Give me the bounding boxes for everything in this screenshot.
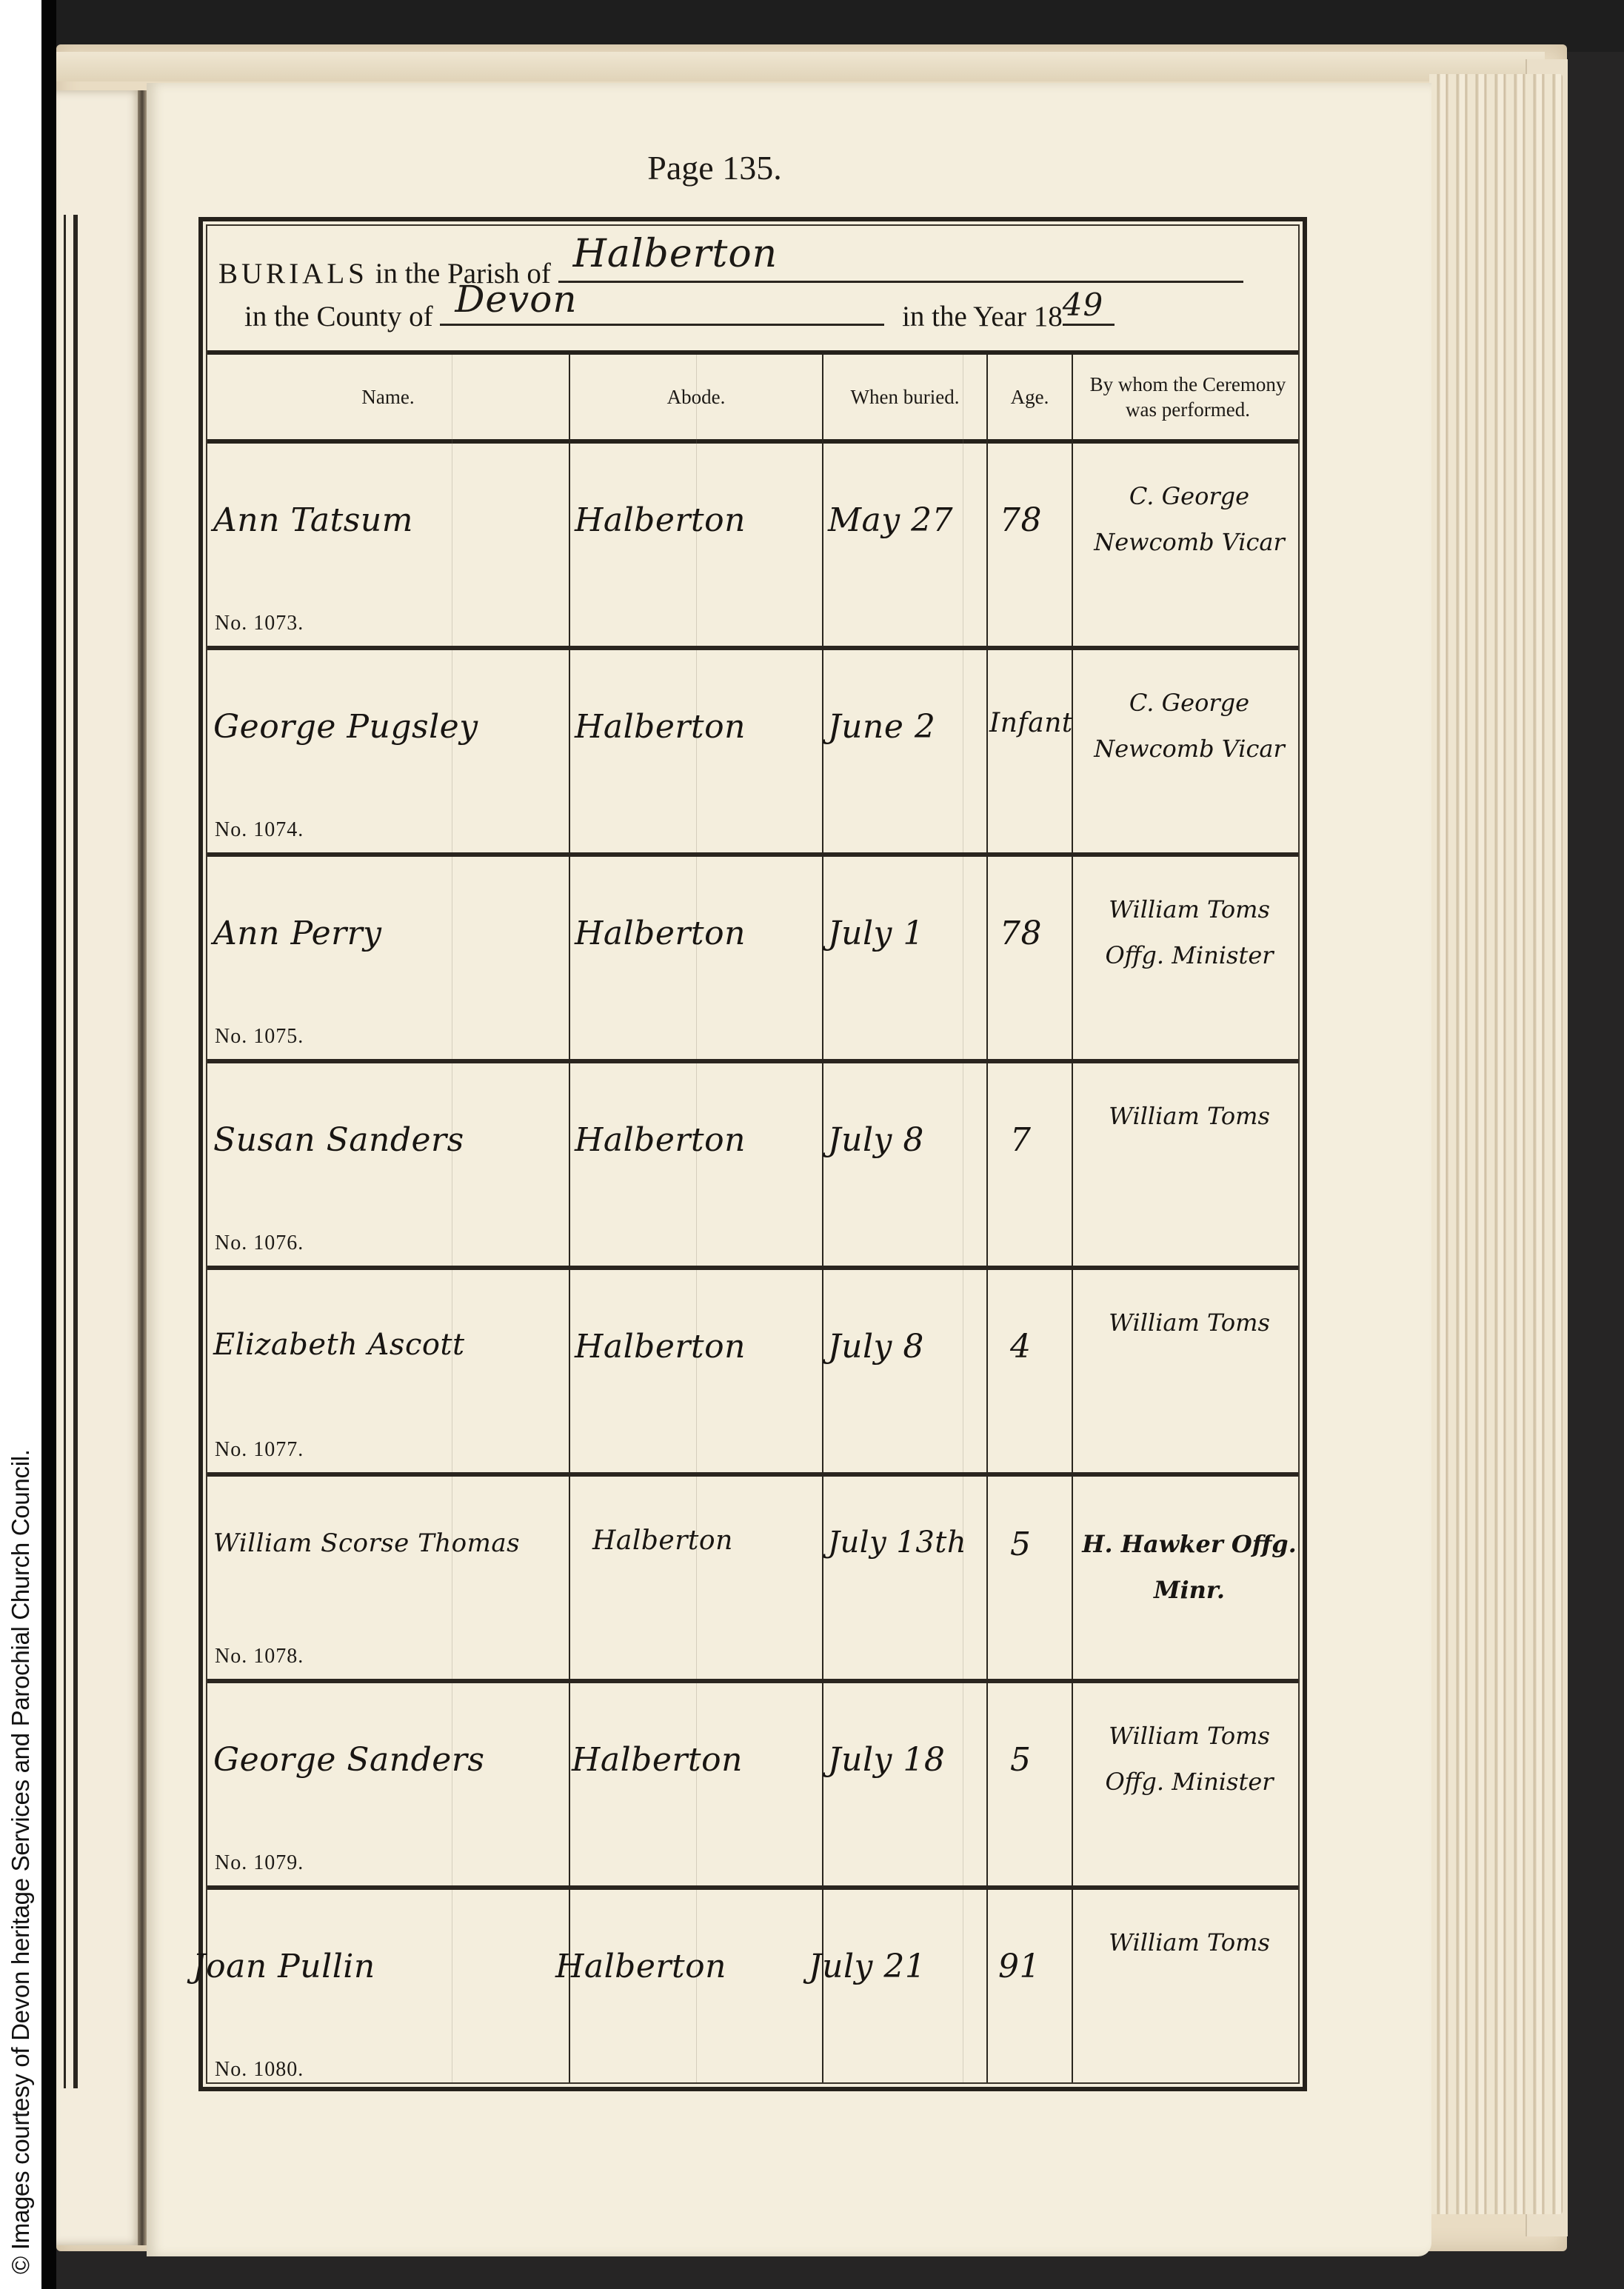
entry-number: No. 1073. — [215, 612, 304, 635]
entry-abode: Halberton — [575, 915, 746, 952]
cell-abode: Halberton — [570, 1683, 822, 1885]
entry-officiant: C. George Newcomb Vicar — [1080, 680, 1298, 772]
entry-officiant: William Toms — [1080, 1919, 1298, 1965]
page-number-text: Page 135. — [647, 148, 781, 187]
entry-when-buried: July 18 — [828, 1741, 945, 1779]
register-title-block: BURIALS in the Parish of Halberton in th… — [207, 226, 1298, 355]
register-row: Elizabeth Ascott No. 1077. Halberton Jul… — [207, 1270, 1298, 1477]
entry-age: 7 — [1010, 1121, 1032, 1159]
entry-number: No. 1078. — [215, 1645, 304, 1668]
cell-when-buried: July 18 — [823, 1683, 986, 1885]
cell-name: Joan Pullin No. 1080. — [207, 1890, 569, 2092]
entry-name: Ann Perry — [213, 915, 382, 952]
cell-age: 78 — [988, 857, 1072, 1059]
cell-officiant: C. George Newcomb Vicar — [1073, 444, 1303, 646]
page-number: Page 135. — [0, 148, 1481, 187]
entry-abode: Halberton — [572, 1741, 743, 1779]
register-row: Ann Tatsum No. 1073. Halberton May 27 78… — [207, 444, 1298, 650]
title-line-county: in the County of Devon in the Year 1849 — [244, 291, 1115, 333]
entry-officiant: C. George Newcomb Vicar — [1080, 473, 1298, 565]
cell-name: Elizabeth Ascott No. 1077. — [207, 1270, 569, 1472]
entry-abode: Halberton — [575, 1121, 746, 1159]
entry-officiant: H. Hawker Offg. Minr. — [1080, 1521, 1298, 1613]
header-when-buried: When buried. — [823, 355, 986, 439]
cell-abode: Halberton — [570, 650, 822, 852]
entry-when-buried: July 8 — [828, 1121, 924, 1159]
entry-officiant: William Toms — [1080, 1093, 1298, 1139]
county-value: Devon — [455, 278, 577, 321]
entry-number: No. 1074. — [215, 818, 304, 842]
entry-name: George Pugsley — [213, 708, 478, 746]
entry-name: Susan Sanders — [213, 1121, 464, 1159]
cell-when-buried: July 21 — [823, 1890, 986, 2092]
register-row: Joan Pullin No. 1080. Halberton July 21 … — [207, 1890, 1298, 2092]
header-name: Name. — [207, 355, 569, 439]
entry-officiant: William Toms Offg. Minister — [1080, 886, 1298, 978]
cell-name: William Scorse Thomas No. 1078. — [207, 1477, 569, 1679]
cell-officiant: William Toms — [1073, 1270, 1303, 1472]
cell-officiant: H. Hawker Offg. Minr. — [1073, 1477, 1303, 1679]
cell-age: 4 — [988, 1270, 1072, 1472]
cell-age: 5 — [988, 1477, 1072, 1679]
cell-age: 78 — [988, 444, 1072, 646]
parish-value: Halberton — [573, 232, 778, 276]
header-officiant-line2: was performed. — [1126, 397, 1250, 422]
entry-name: Elizabeth Ascott — [213, 1328, 465, 1362]
header-officiant-line1: By whom the Ceremony — [1090, 372, 1286, 397]
cell-name: Ann Perry No. 1075. — [207, 857, 569, 1059]
cell-when-buried: June 2 — [823, 650, 986, 852]
entry-name: Ann Tatsum — [213, 501, 413, 539]
register-row: Susan Sanders No. 1076. Halberton July 8… — [207, 1063, 1298, 1270]
entry-number: No. 1080. — [215, 2058, 304, 2082]
title-burials: BURIALS — [218, 258, 368, 290]
entry-name: William Scorse Thomas — [213, 1528, 520, 1558]
year-label: in the Year 18 — [902, 301, 1063, 333]
entry-when-buried: June 2 — [828, 708, 935, 746]
entry-name: Joan Pullin — [193, 1948, 375, 1985]
cell-name: George Sanders No. 1079. — [207, 1683, 569, 1885]
entry-number: No. 1075. — [215, 1025, 304, 1049]
entry-abode: Halberton — [575, 708, 746, 746]
year-value: 49 — [1063, 287, 1103, 323]
cell-age: 7 — [988, 1063, 1072, 1266]
county-label: in the County of — [244, 301, 433, 333]
entry-abode: Halberton — [575, 501, 746, 539]
credit-strip: © Images courtesy of Devon heritage Serv… — [0, 0, 41, 2289]
verso-table-border — [64, 215, 78, 2088]
title-line-parish: BURIALS in the Parish of Halberton — [218, 248, 1243, 290]
entry-officiant: William Toms Offg. Minister — [1080, 1713, 1298, 1805]
entry-age: 5 — [1010, 1526, 1032, 1563]
image-credit: © Images courtesy of Devon heritage Serv… — [7, 1449, 35, 2274]
cell-abode: Halberton — [570, 444, 822, 646]
cell-when-buried: July 1 — [823, 857, 986, 1059]
cell-when-buried: May 27 — [823, 444, 986, 646]
register-row: Ann Perry No. 1075. Halberton July 1 78 … — [207, 857, 1298, 1063]
scan-border — [41, 0, 56, 2289]
book-gutter — [138, 90, 147, 2245]
entry-when-buried: July 13th — [828, 1526, 966, 1560]
register-row: William Scorse Thomas No. 1078. Halberto… — [207, 1477, 1298, 1683]
cell-age: 91 — [988, 1890, 1072, 2092]
cell-abode: Halberton — [570, 1477, 822, 1679]
entry-age: Infant — [989, 708, 1073, 738]
entry-when-buried: July 8 — [828, 1328, 924, 1366]
cell-officiant: William Toms — [1073, 1890, 1303, 2092]
entry-number: No. 1077. — [215, 1438, 304, 1462]
cell-officiant: William Toms Offg. Minister — [1073, 1683, 1303, 1885]
cell-name: Susan Sanders No. 1076. — [207, 1063, 569, 1266]
cell-abode: Halberton — [570, 1890, 822, 2092]
register-row: George Sanders No. 1079. Halberton July … — [207, 1683, 1298, 1890]
parish-field: Halberton — [558, 248, 1243, 283]
cell-officiant: William Toms — [1073, 1063, 1303, 1266]
entry-when-buried: July 21 — [809, 1948, 926, 1985]
cell-abode: Halberton — [570, 1063, 822, 1266]
page-edges-stack — [1429, 74, 1563, 2214]
entry-age: 4 — [1010, 1328, 1032, 1366]
entry-abode: Halberton — [555, 1948, 726, 1985]
entry-when-buried: July 1 — [828, 915, 924, 952]
column-header-row: Name. Abode. When buried. Age. By whom t… — [207, 355, 1298, 444]
entry-abode: Halberton — [592, 1526, 733, 1556]
cell-name: Ann Tatsum No. 1073. — [207, 444, 569, 646]
entry-age: 78 — [1000, 501, 1042, 539]
cell-when-buried: July 8 — [823, 1063, 986, 1266]
entry-officiant: William Toms — [1080, 1300, 1298, 1346]
entry-abode: Halberton — [575, 1328, 746, 1366]
entry-when-buried: May 27 — [828, 501, 953, 539]
cell-age: 5 — [988, 1683, 1072, 1885]
cell-name: George Pugsley No. 1074. — [207, 650, 569, 852]
book-cover-top-edge — [56, 52, 1545, 81]
county-field: Devon — [440, 291, 884, 326]
header-officiant: By whom the Ceremony was performed. — [1073, 355, 1303, 439]
cell-age: Infant — [988, 650, 1072, 852]
register-inner-frame: BURIALS in the Parish of Halberton in th… — [206, 224, 1300, 2084]
entry-name: George Sanders — [213, 1741, 484, 1779]
burial-register-table: BURIALS in the Parish of Halberton in th… — [198, 217, 1307, 2091]
entry-age: 91 — [998, 1948, 1040, 1985]
entry-age: 78 — [1000, 915, 1042, 952]
register-body: Ann Tatsum No. 1073. Halberton May 27 78… — [207, 444, 1298, 2082]
cell-abode: Halberton — [570, 1270, 822, 1472]
year-field: 49 — [1063, 291, 1115, 326]
register-row: George Pugsley No. 1074. Halberton June … — [207, 650, 1298, 857]
header-age: Age. — [988, 355, 1072, 439]
cell-officiant: William Toms Offg. Minister — [1073, 857, 1303, 1059]
cell-when-buried: July 8 — [823, 1270, 986, 1472]
cell-when-buried: July 13th — [823, 1477, 986, 1679]
entry-number: No. 1076. — [215, 1232, 304, 1255]
entry-age: 5 — [1010, 1741, 1032, 1779]
cell-officiant: C. George Newcomb Vicar — [1073, 650, 1303, 852]
entry-number: No. 1079. — [215, 1851, 304, 1875]
cell-abode: Halberton — [570, 857, 822, 1059]
